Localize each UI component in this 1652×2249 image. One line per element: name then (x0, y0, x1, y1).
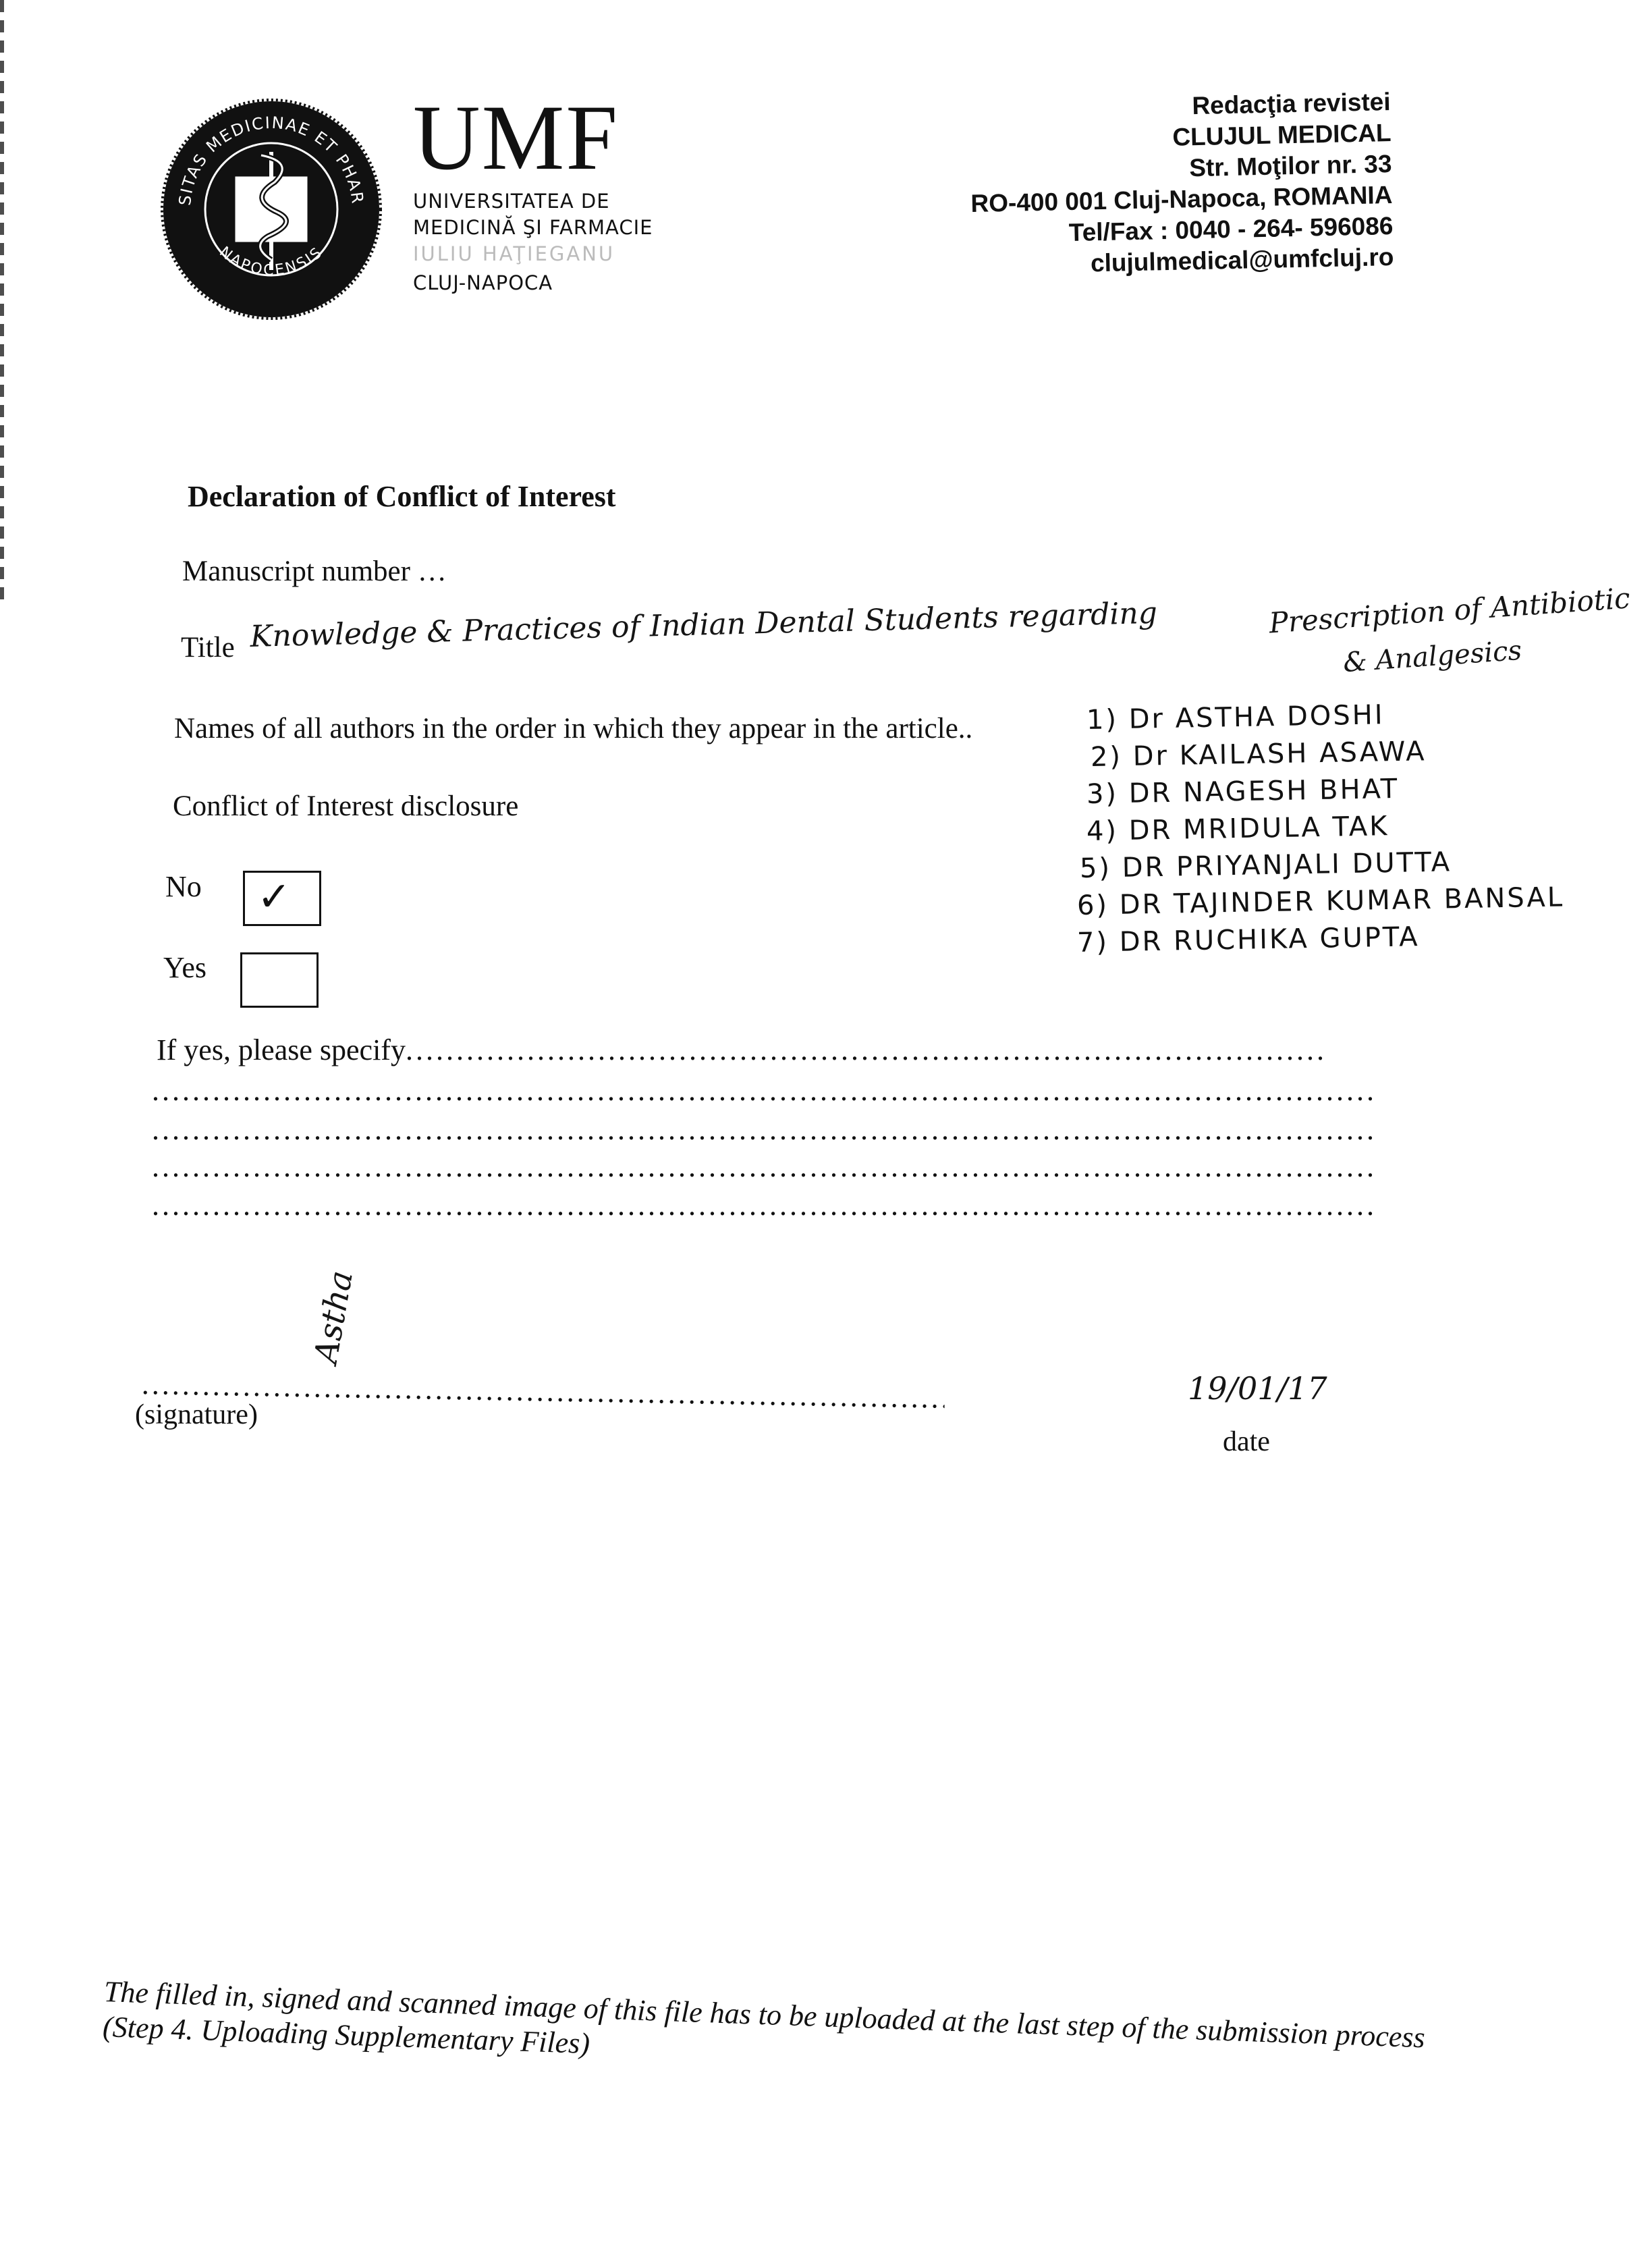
authors-list[interactable]: 1) Dr ASTHA DOSHI 2) Dr KAILASH ASAWA 3)… (1086, 702, 1564, 962)
brand-acronym: UMF (413, 91, 619, 184)
yes-option-label: Yes (163, 950, 206, 985)
manuscript-number-label: Manuscript number … (182, 555, 447, 588)
title-field-value[interactable]: Knowledge & Practices of Indian Dental S… (250, 596, 1157, 654)
university-seal-logo: UNIVERSITAS MEDICINAE ET PHARMACIAE NAPO… (160, 98, 383, 321)
date-label: date (1223, 1426, 1270, 1458)
signature-value: Astha (307, 1268, 360, 1366)
signature-label: (signature) (135, 1399, 258, 1431)
journal-address-block: Redacţia revistei CLUJUL MEDICAL Str. Mo… (968, 86, 1394, 281)
no-checkbox[interactable]: ✓ (243, 871, 321, 926)
specify-line-3[interactable]: ........................................… (152, 1112, 1373, 1146)
brand-line-1: UNIVERSITATEA DE (413, 192, 610, 211)
form-heading: Declaration of Conflict of Interest (188, 479, 616, 514)
specify-field[interactable]: If yes, please specify..................… (157, 1033, 1323, 1067)
authors-label: Names of all authors in the order in whi… (174, 712, 972, 745)
dotted-line: ........................................… (406, 1033, 1323, 1067)
title-field-value-cont2: & Analgesics (1342, 635, 1523, 678)
footer-instruction: The filled in, signed and scanned image … (102, 1974, 1426, 2090)
brand-line-4: CLUJ-NAPOCA (413, 273, 553, 293)
checkmark-icon: ✓ (257, 877, 291, 917)
brand-line-3: IULIU HAŢIEGANU (413, 244, 615, 264)
specify-line-5[interactable]: ........................................… (152, 1188, 1373, 1222)
coi-disclosure-label: Conflict of Interest disclosure (173, 790, 518, 823)
date-field-value[interactable]: 19/01/17 (1188, 1370, 1327, 1407)
specify-label: If yes, please specify (157, 1033, 406, 1066)
scan-edge (0, 0, 4, 607)
title-label: Title (181, 631, 235, 664)
yes-checkbox[interactable] (240, 952, 319, 1008)
no-option-label: No (165, 869, 202, 904)
signature-line[interactable]: ........................................… (142, 1367, 945, 1415)
author-entry: 7) DR RUCHIKA GUPTA (1077, 916, 1565, 962)
title-field-value-cont: Prescription of Antibiotic (1268, 581, 1631, 639)
brand-line-2: MEDICINĂ ŞI FARMACIE (413, 218, 653, 238)
specify-line-4[interactable]: ........................................… (152, 1149, 1373, 1183)
specify-line-2[interactable]: ........................................… (152, 1073, 1373, 1107)
